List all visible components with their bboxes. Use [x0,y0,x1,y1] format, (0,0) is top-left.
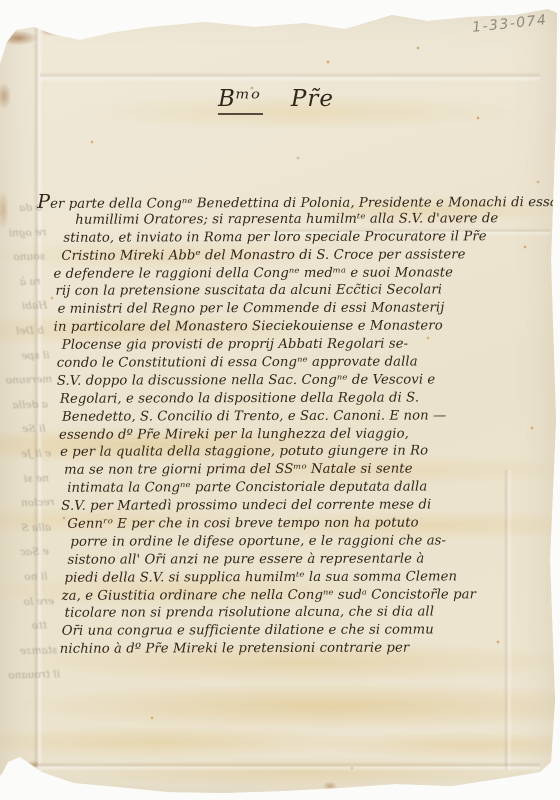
manuscript-line: piedi della S.V. si supplica humilmᵗᵉ la… [65,568,560,588]
manuscript-line: stinato, et inviato in Roma per loro spe… [63,228,559,248]
letter-salutation: Bᵐᵒ Pr̃e [218,86,334,115]
manuscript-line: za, e Giustitia ordinare che nella Congⁿ… [62,586,560,606]
salutation-abbreviation: Bᵐᵒ [218,86,263,115]
manuscript-line: ticolare non si prenda risolutione alcun… [65,604,560,624]
manuscript-line: Or̄i una congrua e sufficiente dilatione… [62,621,560,641]
fold-crease-bottom [10,762,540,771]
manuscript-line: condo le Constitutioni di essa Congⁿᵉ ap… [57,353,560,373]
manuscript-line: Benedetto, S. Concilio di Trento, e Sac.… [62,407,560,427]
manuscript-line: Regolari, e secondo la dispositione dell… [60,389,560,409]
manuscript-line: ma se non tre giorni prima del SSᵐᵒ Nata… [64,460,560,480]
manuscript-line: intimata la Congⁿᵉ parte Concistoriale d… [67,478,560,498]
manuscript-line: in particolare del Monastero Sieciekouie… [54,317,560,337]
manuscript-line: Gennʳᵒ E per che in cosi breve tempo non… [67,514,560,534]
manuscript-line: Per parte della Congⁿᵉ Benedettina di Po… [37,192,559,212]
manuscript-line: Cristino Mireki Abbᵉ del Monastro di S. … [61,246,559,266]
letter-body: Per parte della Congⁿᵉ Benedettina di Po… [0,192,560,659]
manuscript-line: e defendere le raggioni della Congⁿᵉ med… [53,264,559,284]
manuscript-line: S.V. doppo la discussione nella Sac. Con… [57,371,560,391]
scanner-background: 1-33-074 Bᵐᵒ Pr̃e o da re ogni souno ra … [0,0,560,800]
fold-crease-top [40,72,540,82]
manuscript-line: rij con la pretensione suscitata da alcu… [56,281,560,301]
manuscript-page: 1-33-074 Bᵐᵒ Pr̃e o da re ogni souno ra … [0,0,560,800]
manuscript-line: e ministri del Regno per le Commende di … [58,299,560,319]
manuscript-line: humillimi Oratores; si rapresenta humilm… [75,210,559,230]
manuscript-line: S.V. per Martedì prossimo undeci del cor… [61,496,560,516]
manuscript-line: essendo dº Pr̃e Mireki per la lunghezza … [59,425,560,445]
manuscript-line: sistono all' Or̄i anzi ne pure essere à … [67,550,560,570]
manuscript-line: porre in ordine le difese oportune, e le… [70,532,560,552]
manuscript-line: nichino à dº Pr̃e Mireki le pretensioni … [60,639,560,659]
salutation-word: Pr̃e [291,86,334,115]
manuscript-line: e per la qualita della staggione, potuto… [60,442,560,462]
archival-number: 1-33-074 [472,12,549,36]
bleedthrough-fragment: il trouano [6,663,61,689]
manuscript-line: Plocense gia provisti de proprij Abbati … [62,335,560,355]
